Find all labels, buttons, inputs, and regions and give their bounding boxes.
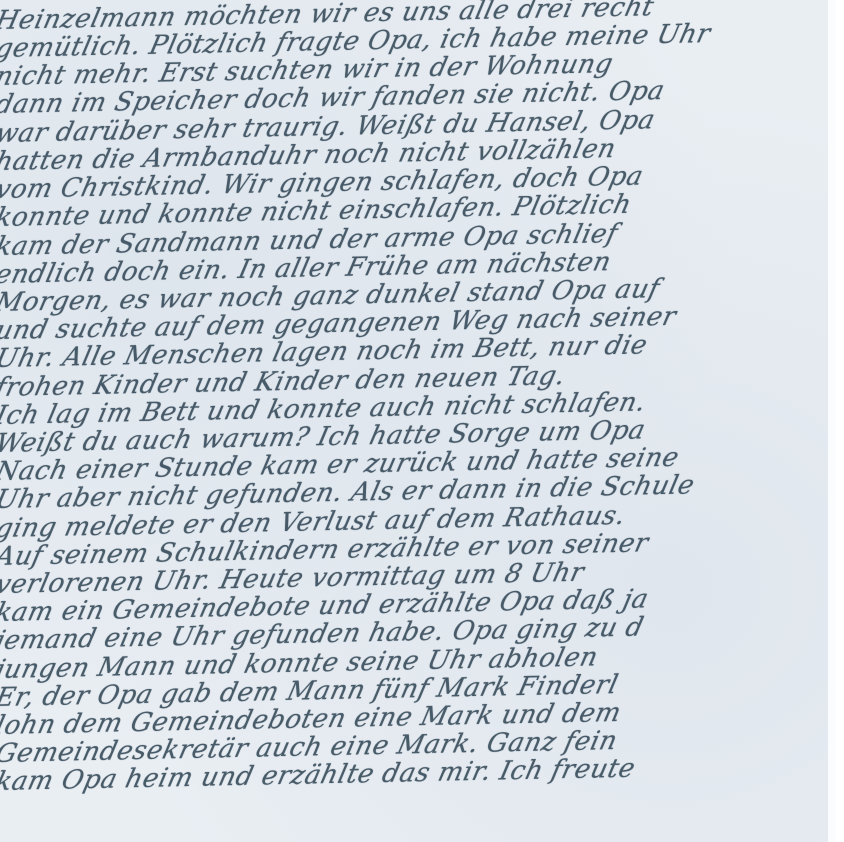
handwritten-document-page: Heinzelmann möchten wir es uns alle drei… (0, 0, 836, 842)
scan-edge (828, 0, 836, 842)
